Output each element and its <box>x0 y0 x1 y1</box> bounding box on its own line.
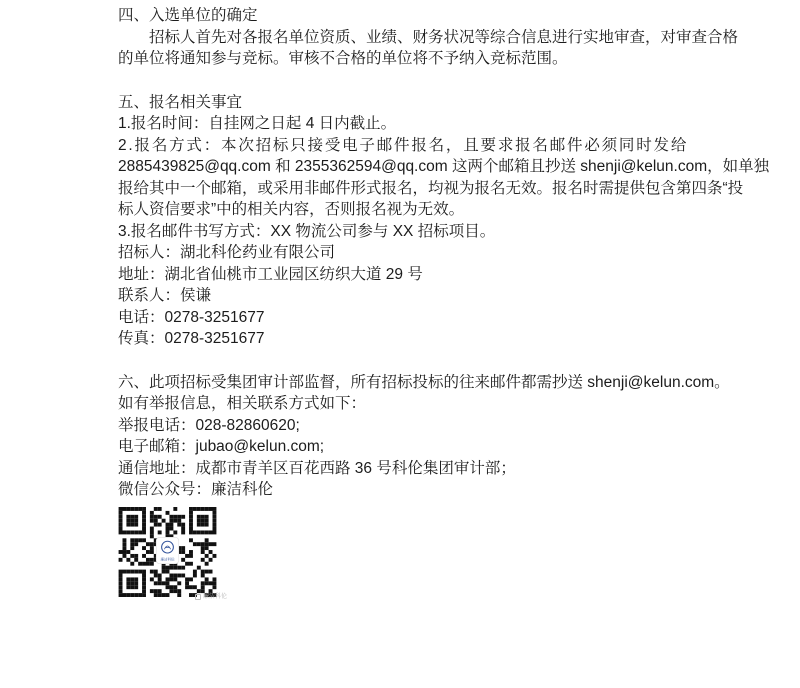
field-report-phone: 举报电话：028-82860620; <box>118 415 682 437</box>
field-tenderer: 招标人：湖北科伦药业有限公司 <box>118 242 682 264</box>
section5-body-line: 标人资信要求”中的相关内容，否则报名视为无效。 <box>118 199 682 221</box>
field-phone: 电话：0278-3251677 <box>118 307 682 329</box>
section4-body-line: 的单位将通知参与竞标。审核不合格的单位将不予纳入竞标范围。 <box>118 48 682 70</box>
paragraph-spacer <box>118 350 682 372</box>
section5-body-line: 报给其中一个邮箱，或采用非邮件形式报名，均视为报名无效。报名时需提供包含第四条“… <box>118 178 682 200</box>
document-content: 四、入选单位的确定 招标人首先对各报名单位资质、业绩、财务状况等综合信息进行实地… <box>118 5 682 597</box>
field-fax: 传真：0278-3251677 <box>118 328 682 350</box>
section5-item-email-format: 3.报名邮件书写方式：XX 物流公司参与 XX 招标项目。 <box>118 221 682 243</box>
qr-center-logo-label: 廉洁科伦 <box>160 556 175 561</box>
field-postal-address: 通信地址：成都市青羊区百花西路 36 号科伦集团审计部； <box>118 458 682 480</box>
qr-caption-mini-logo-icon <box>195 594 201 600</box>
document-page: 四、入选单位的确定 招标人首先对各报名单位资质、业绩、财务状况等综合信息进行实地… <box>0 0 800 688</box>
qr-code: 廉洁科伦 廉洁科伦 <box>118 507 217 597</box>
section4-heading: 四、入选单位的确定 <box>118 5 682 27</box>
qr-code-image: 廉洁科伦 <box>118 507 217 597</box>
field-contact-person: 联系人：侯谦 <box>118 285 682 307</box>
qr-center-logo-emblem-icon <box>162 541 174 553</box>
qr-caption: 廉洁科伦 <box>195 594 227 601</box>
section5-heading: 五、报名相关事宜 <box>118 92 682 114</box>
section6-body-line: 如有举报信息，相关联系方式如下： <box>118 393 682 415</box>
paragraph-spacer <box>118 70 682 92</box>
field-wechat-account: 微信公众号：廉洁科伦 <box>118 479 682 501</box>
section4-body-line: 招标人首先对各报名单位资质、业绩、财务状况等综合信息进行实地审查，对审查合格 <box>118 27 682 49</box>
section5-item-signup-time: 1.报名时间：自挂网之日起 4 日内截止。 <box>118 113 682 135</box>
section5-item-signup-method: 2.报名方式：本次招标只接受电子邮件报名，且要求报名邮件必须同时发给 <box>118 135 682 157</box>
qr-caption-label: 廉洁科伦 <box>203 594 227 601</box>
field-address: 地址：湖北省仙桃市工业园区纺织大道 29 号 <box>118 264 682 286</box>
field-report-email: 电子邮箱：jubao@kelun.com; <box>118 436 682 458</box>
section6-heading-line: 六、此项招标受集团审计部监督，所有招标投标的往来邮件都需抄送 shenji@ke… <box>118 372 682 394</box>
section5-body-line-emails: 2885439825@qq.com 和 2355362594@qq.com 这两… <box>118 156 682 178</box>
